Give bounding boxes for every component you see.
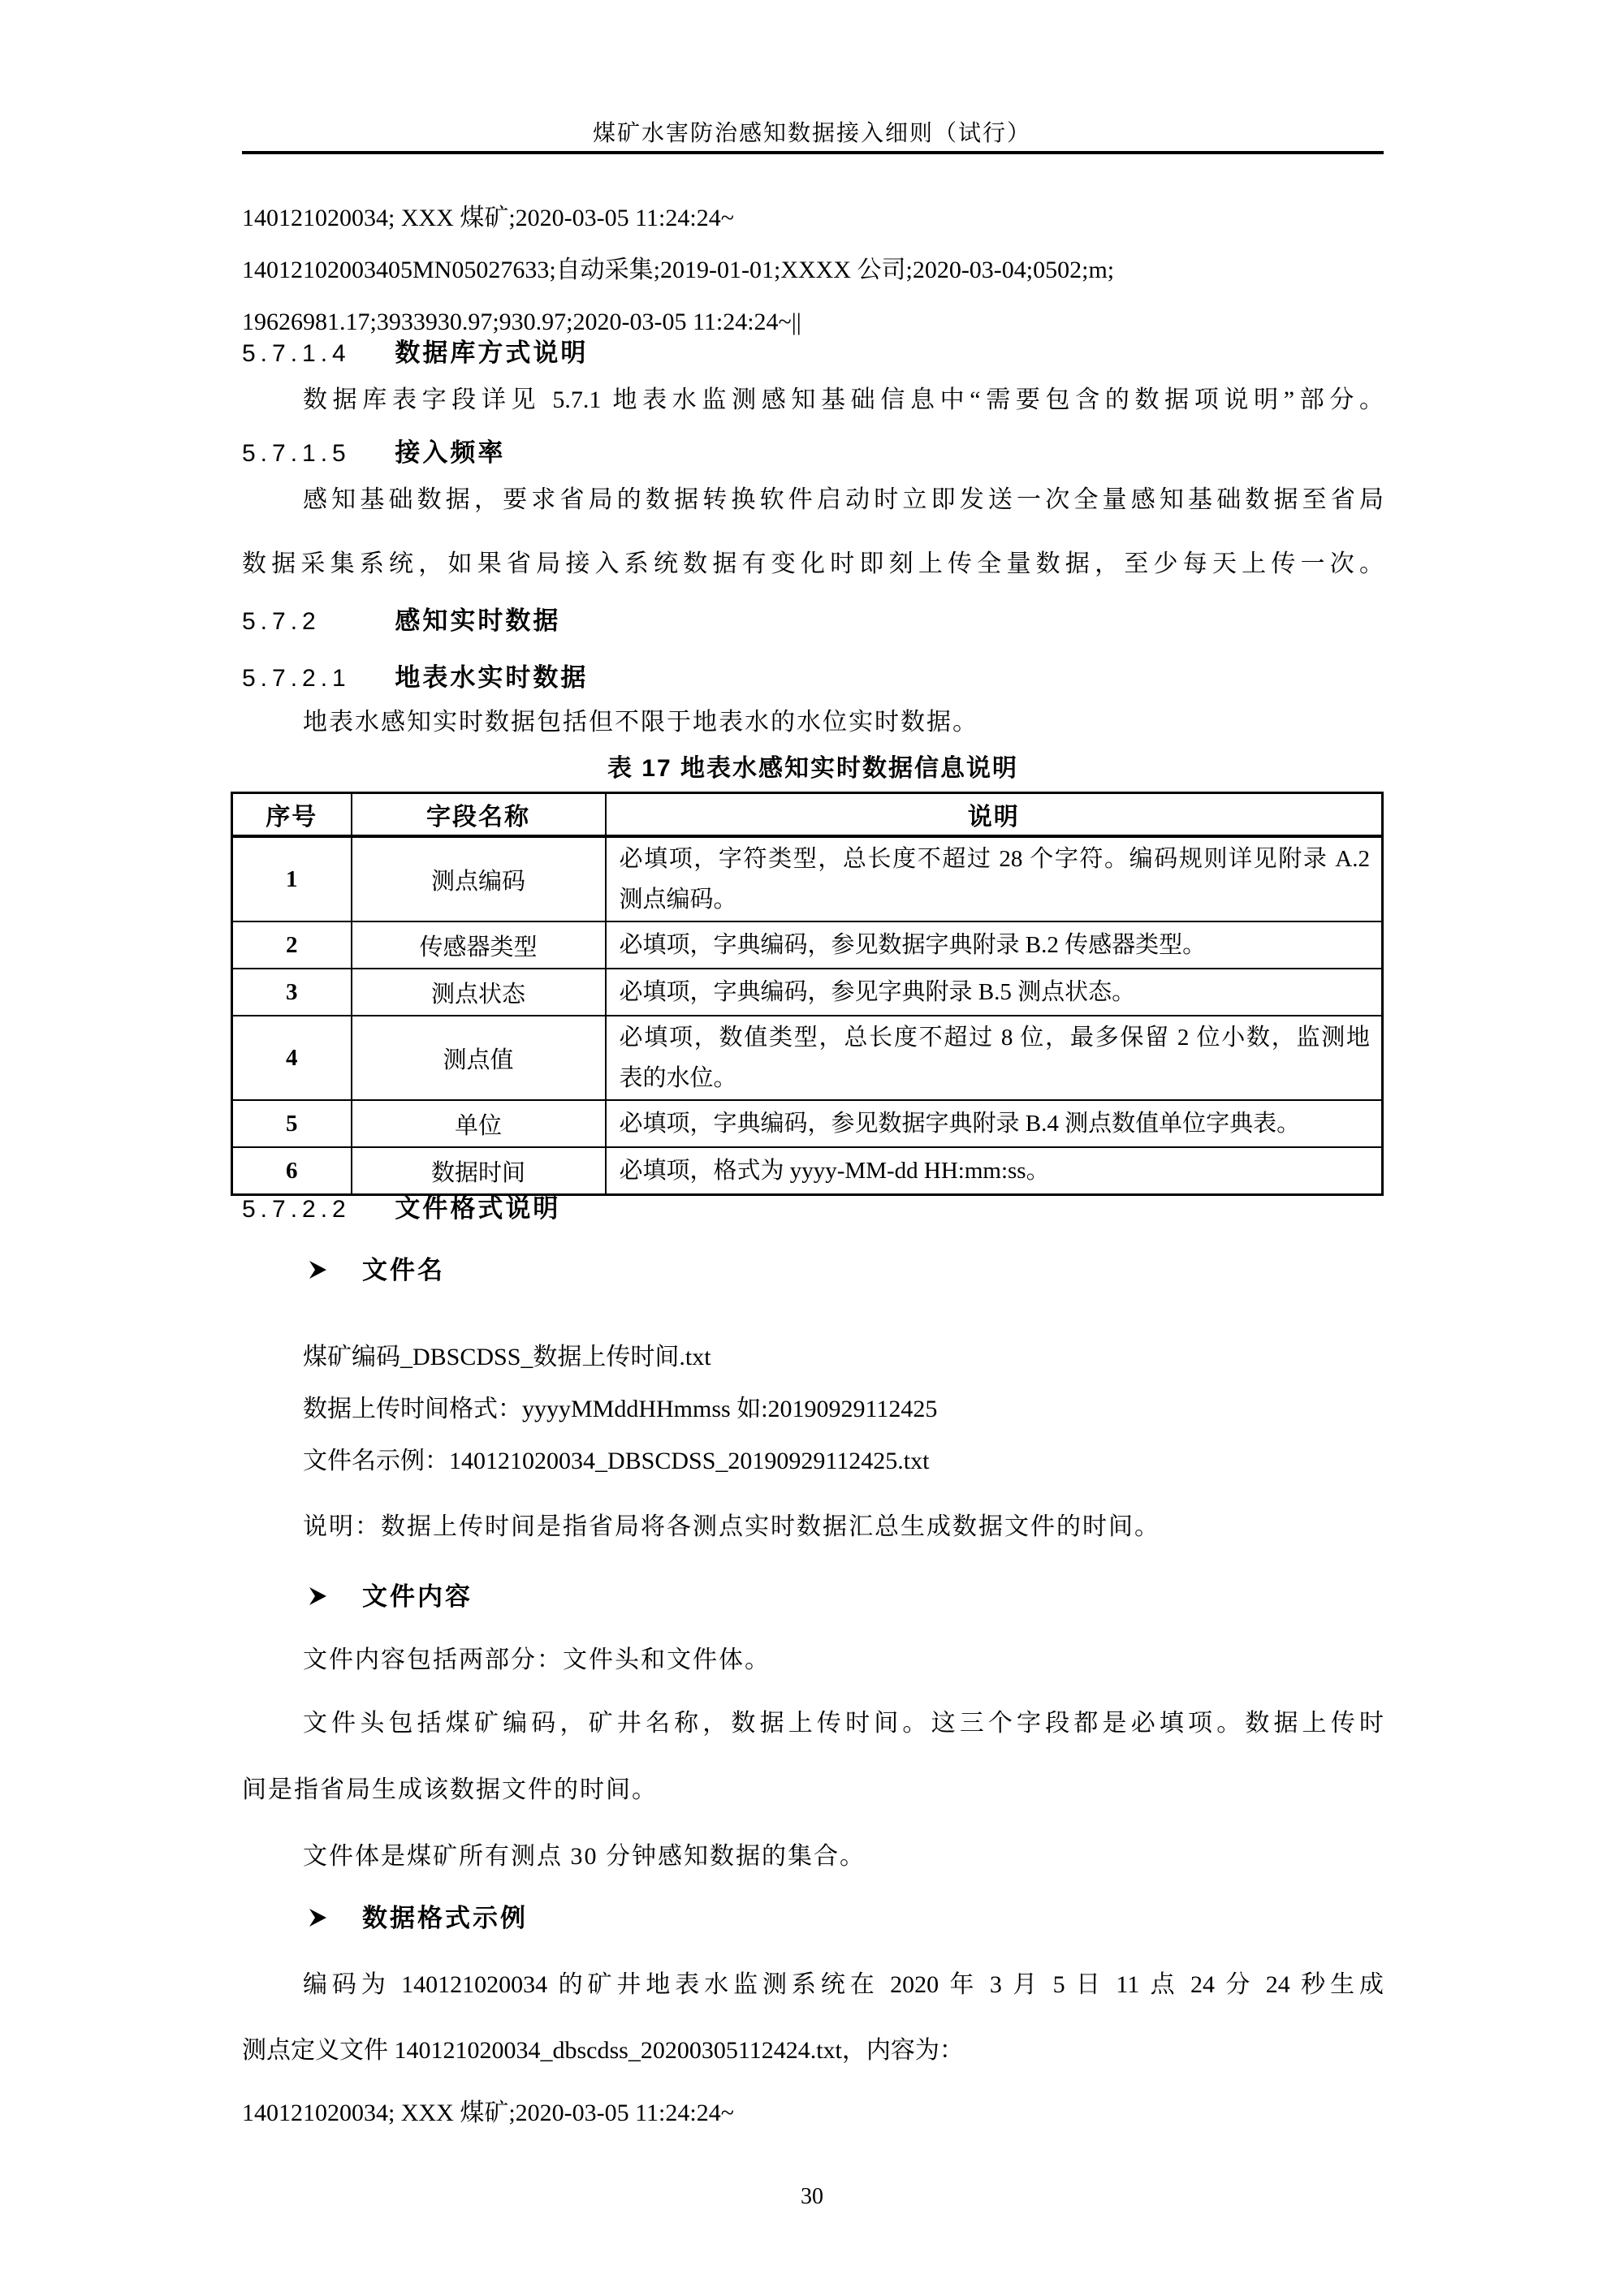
arrow-bullet-icon [307,1901,328,1937]
row-field-name: 传感器类型 [352,921,606,969]
heading-title: 接入频率 [395,438,505,467]
row-description-line: 必填项，格式为 yyyy-MM-dd HH:mm:ss。 [620,1149,1371,1193]
section-heading-5715: 5.7.1.5 接入频率 [242,434,1384,473]
row-description-line: 必填项，字典编码，参见数据字典附录 B.2 传感器类型。 [620,923,1371,967]
row-field-name: 数据时间 [352,1147,606,1195]
heading-number: 5.7.2 [242,603,388,641]
paragraph-frequency-line1: 感知基础数据，要求省局的数据转换软件启动时立即发送一次全量感知基础数据至省局 [242,482,1384,518]
prev-data-line-2: 14012102003405MN05027633;自动采集;2019-01-01… [242,252,1384,288]
file-name-note: 说明：数据上传时间是指省局将各测点实时数据汇总生成数据文件的时间。 [242,1509,1384,1545]
data-example-line2: 测点定义文件 140121020034_dbscdss_202003051124… [242,2033,1384,2069]
table-row: 1测点编码必填项，字符类型，总长度不超过 28 个字符。编码规则详见附录 A.2… [232,836,1383,921]
row-seq: 6 [232,1147,352,1195]
arrow-bullet-icon [307,1580,328,1616]
bullet-title: 文件内容 [362,1582,473,1611]
data-example-line3: 140121020034; XXX 煤矿;2020-03-05 11:24:24… [242,2095,1384,2131]
column-header-desc: 说明 [606,793,1383,837]
row-seq: 1 [232,836,352,921]
file-content-body-desc: 文件体是煤矿所有测点 30 分钟感知数据的集合。 [242,1839,1384,1875]
bullet-title: 数据格式示例 [362,1904,528,1932]
bullet-title: 文件名 [362,1256,445,1284]
paragraph-realtime-desc: 地表水感知实时数据包括但不限于地表水的水位实时数据。 [242,705,1384,740]
bullet-file-name: 文件名 [242,1253,1384,1289]
data-table: 序号 字段名称 说明 1测点编码必填项，字符类型，总长度不超过 28 个字符。编… [231,792,1384,1196]
row-field-name: 测点编码 [352,836,606,921]
paragraph-db-desc: 数据库表字段详见 5.7.1 地表水监测感知基础信息中“需要包含的数据项说明”部… [242,382,1384,418]
file-content-parts: 文件内容包括两部分：文件头和文件体。 [242,1642,1384,1678]
table-header-row: 序号 字段名称 说明 [232,793,1383,837]
heading-number: 5.7.2.2 [242,1191,388,1228]
row-seq: 5 [232,1100,352,1147]
row-description-line: 测点编码。 [620,879,1371,920]
section-heading-5714: 5.7.1.4 数据库方式说明 [242,334,1384,373]
heading-title: 地表水实时数据 [395,663,588,692]
row-description: 必填项，字典编码，参见字典附录 B.5 测点状态。 [606,969,1383,1016]
section-heading-572: 5.7.2 感知实时数据 [242,602,1384,641]
document-header-title: 煤矿水害防治感知数据接入细则（试行） [0,115,1624,148]
table-caption: 表 17 地表水感知实时数据信息说明 [242,751,1384,787]
file-name-example: 文件名示例：140121020034_DBSCDSS_2019092911242… [242,1444,1384,1479]
heading-number: 5.7.2.1 [242,660,388,697]
table-row: 4测点值必填项，数值类型，总长度不超过 8 位，最多保留 2 位小数，监测地表的… [232,1016,1383,1100]
row-description-line: 必填项，数值类型，总长度不超过 8 位，最多保留 2 位小数，监测地 [620,1017,1371,1058]
row-description: 必填项，数值类型，总长度不超过 8 位，最多保留 2 位小数，监测地表的水位。 [606,1016,1383,1100]
table-row: 5单位必填项，字典编码，参见数据字典附录 B.4 测点数值单位字典表。 [232,1100,1383,1147]
table-row: 2传感器类型必填项，字典编码，参见数据字典附录 B.2 传感器类型。 [232,921,1383,969]
paragraph-frequency-line2: 数据采集系统，如果省局接入系统数据有变化时即刻上传全量数据，至少每天上传一次。 [242,546,1384,582]
heading-title: 文件格式说明 [395,1194,560,1223]
column-header-seq: 序号 [232,793,352,837]
file-content-header-line2: 间是指省局生成该数据文件的时间。 [242,1772,1384,1808]
row-seq: 2 [232,921,352,969]
row-description-line: 必填项，字典编码，参见字典附录 B.5 测点状态。 [620,970,1371,1014]
section-heading-5721: 5.7.2.1 地表水实时数据 [242,659,1384,697]
heading-title: 数据库方式说明 [395,339,588,367]
row-description-line: 必填项，字典编码，参见数据字典附录 B.4 测点数值单位字典表。 [620,1102,1371,1146]
row-seq: 4 [232,1016,352,1100]
row-field-name: 测点值 [352,1016,606,1100]
file-name-pattern: 煤矿编码_DBSCDSS_数据上传时间.txt [242,1340,1384,1375]
row-field-name: 单位 [352,1100,606,1147]
row-description-line: 必填项，字符类型，总长度不超过 28 个字符。编码规则详见附录 A.2 [620,839,1371,879]
row-seq: 3 [232,969,352,1016]
data-example-line1: 编码为 140121020034 的矿井地表水监测系统在 2020 年 3 月 … [242,1967,1384,2003]
column-header-field: 字段名称 [352,793,606,837]
row-description-line: 表的水位。 [620,1058,1371,1098]
table-row: 3测点状态必填项，字典编码，参见字典附录 B.5 测点状态。 [232,969,1383,1016]
heading-title: 感知实时数据 [395,606,560,635]
row-field-name: 测点状态 [352,969,606,1016]
heading-number: 5.7.1.5 [242,435,388,473]
bullet-data-example: 数据格式示例 [242,1901,1384,1937]
page-number: 30 [0,2184,1624,2210]
row-description: 必填项，字典编码，参见数据字典附录 B.2 传感器类型。 [606,921,1383,969]
section-heading-5722: 5.7.2.2 文件格式说明 [242,1190,1384,1228]
file-name-time-format: 数据上传时间格式：yyyyMMddHHmmss 如:20190929112425 [242,1392,1384,1427]
row-description: 必填项，格式为 yyyy-MM-dd HH:mm:ss。 [606,1147,1383,1195]
row-description: 必填项，字符类型，总长度不超过 28 个字符。编码规则详见附录 A.2测点编码。 [606,836,1383,921]
prev-data-line-1: 140121020034; XXX 煤矿;2020-03-05 11:24:24… [242,201,1384,236]
row-description: 必填项，字典编码，参见数据字典附录 B.4 测点数值单位字典表。 [606,1100,1383,1147]
heading-number: 5.7.1.4 [242,335,388,373]
bullet-file-content: 文件内容 [242,1579,1384,1616]
table-row: 6数据时间必填项，格式为 yyyy-MM-dd HH:mm:ss。 [232,1147,1383,1195]
file-content-header-line1: 文件头包括煤矿编码，矿井名称，数据上传时间。这三个字段都是必填项。数据上传时 [242,1706,1384,1741]
header-rule [242,151,1384,154]
table-body: 1测点编码必填项，字符类型，总长度不超过 28 个字符。编码规则详见附录 A.2… [232,836,1383,1195]
document-page: 煤矿水害防治感知数据接入细则（试行） 140121020034; XXX 煤矿;… [0,0,1624,2296]
arrow-bullet-icon [307,1254,328,1289]
